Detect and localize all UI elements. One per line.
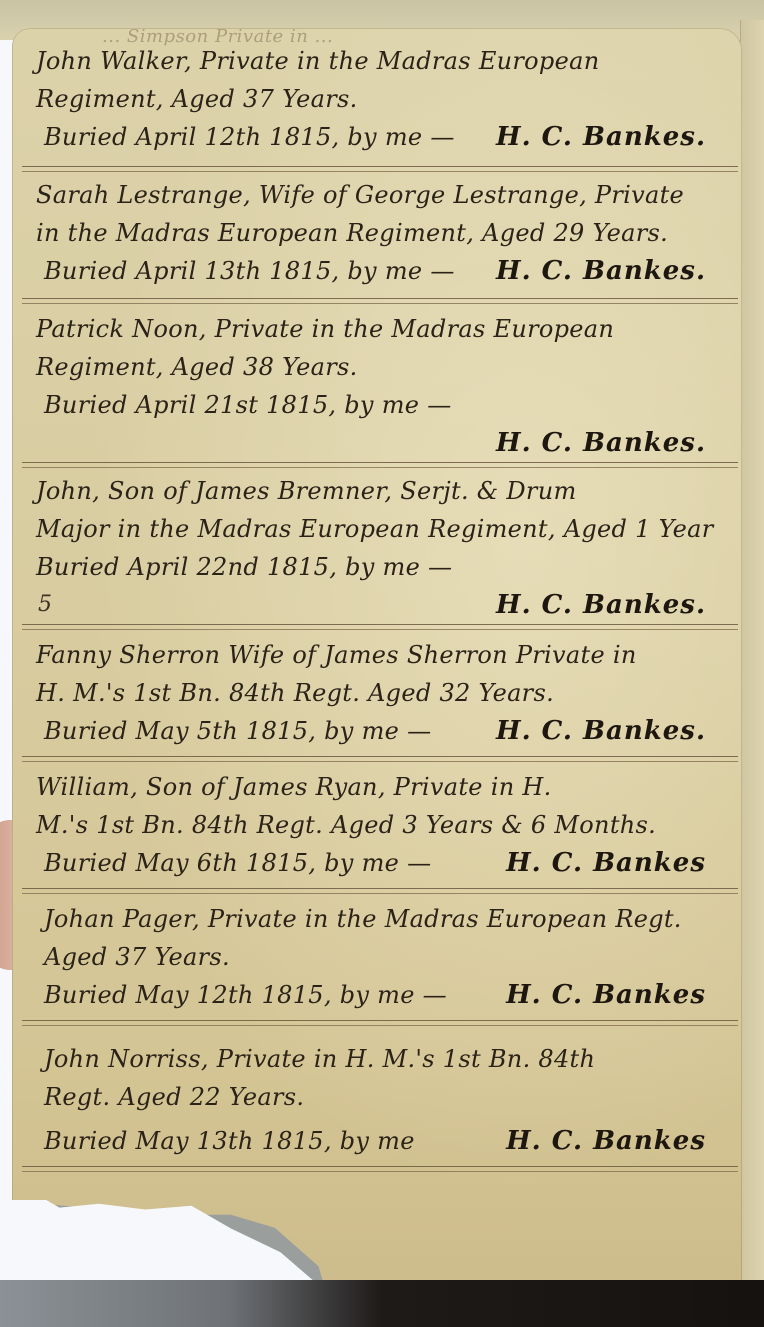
officiant-signature: H. C. Bankes.	[496, 252, 724, 290]
burial-entry: Fanny Sherron Wife of James Sherron Priv…	[30, 630, 730, 750]
entry-burial-line: Buried April 12th 1815, by me — H. C. Ba…	[36, 118, 724, 156]
officiant-signature: H. C. Bankes.	[496, 118, 724, 156]
entry-detail-line: in the Madras European Regiment, Aged 29…	[36, 214, 724, 252]
entry-detail-line: M.'s 1st Bn. 84th Regt. Aged 3 Years & 6…	[36, 806, 724, 844]
entry-name-line: John Walker, Private in the Madras Europ…	[36, 42, 724, 80]
entry-burial-line: Buried April 21st 1815, by me —	[36, 386, 724, 424]
entry-detail-line: Regt. Aged 22 Years.	[36, 1078, 724, 1116]
entry-name-line: William, Son of James Ryan, Private in H…	[36, 768, 724, 806]
entry-detail-line: Major in the Madras European Regiment, A…	[36, 510, 724, 548]
burial-entry: Sarah Lestrange, Wife of George Lestrang…	[30, 172, 730, 290]
entry-detail-line: H. M.'s 1st Bn. 84th Regt. Aged 32 Years…	[36, 674, 724, 712]
entry-detail-line: Regiment, Aged 37 Years.	[36, 80, 724, 118]
officiant-signature: H. C. Bankes	[506, 976, 724, 1014]
entry-burial-line: Buried May 6th 1815, by me — H. C. Banke…	[36, 844, 724, 882]
burial-date: Buried April 13th 1815, by me —	[44, 252, 455, 290]
entry-name-line: John Norriss, Private in H. M.'s 1st Bn.…	[36, 1040, 724, 1078]
entry-detail-line: Regiment, Aged 38 Years.	[36, 348, 724, 386]
entry-burial-line: Buried April 22nd 1815, by me —	[36, 548, 724, 586]
divider-rule	[22, 1166, 738, 1172]
entry-burial-line: Buried April 13th 1815, by me — H. C. Ba…	[36, 252, 724, 290]
entry-name-line: Patrick Noon, Private in the Madras Euro…	[36, 310, 724, 348]
officiant-signature: H. C. Bankes	[506, 844, 724, 882]
officiant-signature: H. C. Bankes.	[496, 428, 724, 458]
burial-entry: John Norriss, Private in H. M.'s 1st Bn.…	[30, 1026, 730, 1160]
burial-date: Buried May 13th 1815, by me	[44, 1122, 415, 1160]
page-marker: 5	[38, 586, 52, 624]
officiant-signature: H. C. Bankes	[506, 1122, 724, 1160]
signature-line: 5 H. C. Bankes.	[36, 586, 724, 624]
entry-burial-line: Buried May 5th 1815, by me — H. C. Banke…	[36, 712, 724, 750]
officiant-signature: H. C. Bankes.	[496, 590, 724, 620]
background-bottom	[0, 1280, 764, 1327]
adjacent-page-edge	[740, 20, 764, 1320]
burial-entry: John Walker, Private in the Madras Europ…	[30, 36, 730, 156]
burial-date: Buried April 12th 1815, by me —	[44, 118, 455, 156]
entry-name-line: John, Son of James Bremner, Serjt. & Dru…	[36, 472, 724, 510]
burial-entry: John, Son of James Bremner, Serjt. & Dru…	[30, 468, 730, 624]
entry-detail-line: Aged 37 Years.	[36, 938, 724, 976]
burial-entry: Johan Pager, Private in the Madras Europ…	[30, 894, 730, 1014]
entry-burial-line: Buried May 12th 1815, by me — H. C. Bank…	[36, 976, 724, 1014]
burial-date: Buried May 5th 1815, by me —	[44, 712, 431, 750]
signature-line: H. C. Bankes.	[36, 424, 724, 462]
burial-date: Buried May 6th 1815, by me —	[44, 844, 431, 882]
burial-date: Buried May 12th 1815, by me —	[44, 976, 447, 1014]
entry-name-line: Fanny Sherron Wife of James Sherron Priv…	[36, 636, 724, 674]
officiant-signature: H. C. Bankes.	[496, 712, 724, 750]
burial-entries: John Walker, Private in the Madras Europ…	[30, 36, 730, 1172]
burial-entry: Patrick Noon, Private in the Madras Euro…	[30, 304, 730, 462]
entry-burial-line: Buried May 13th 1815, by me H. C. Bankes	[36, 1122, 724, 1160]
burial-entry: William, Son of James Ryan, Private in H…	[30, 762, 730, 882]
register-page: ... Simpson Private in ... John Walker, …	[12, 28, 742, 1318]
entry-name-line: Johan Pager, Private in the Madras Europ…	[36, 900, 724, 938]
entry-name-line: Sarah Lestrange, Wife of George Lestrang…	[36, 176, 724, 214]
